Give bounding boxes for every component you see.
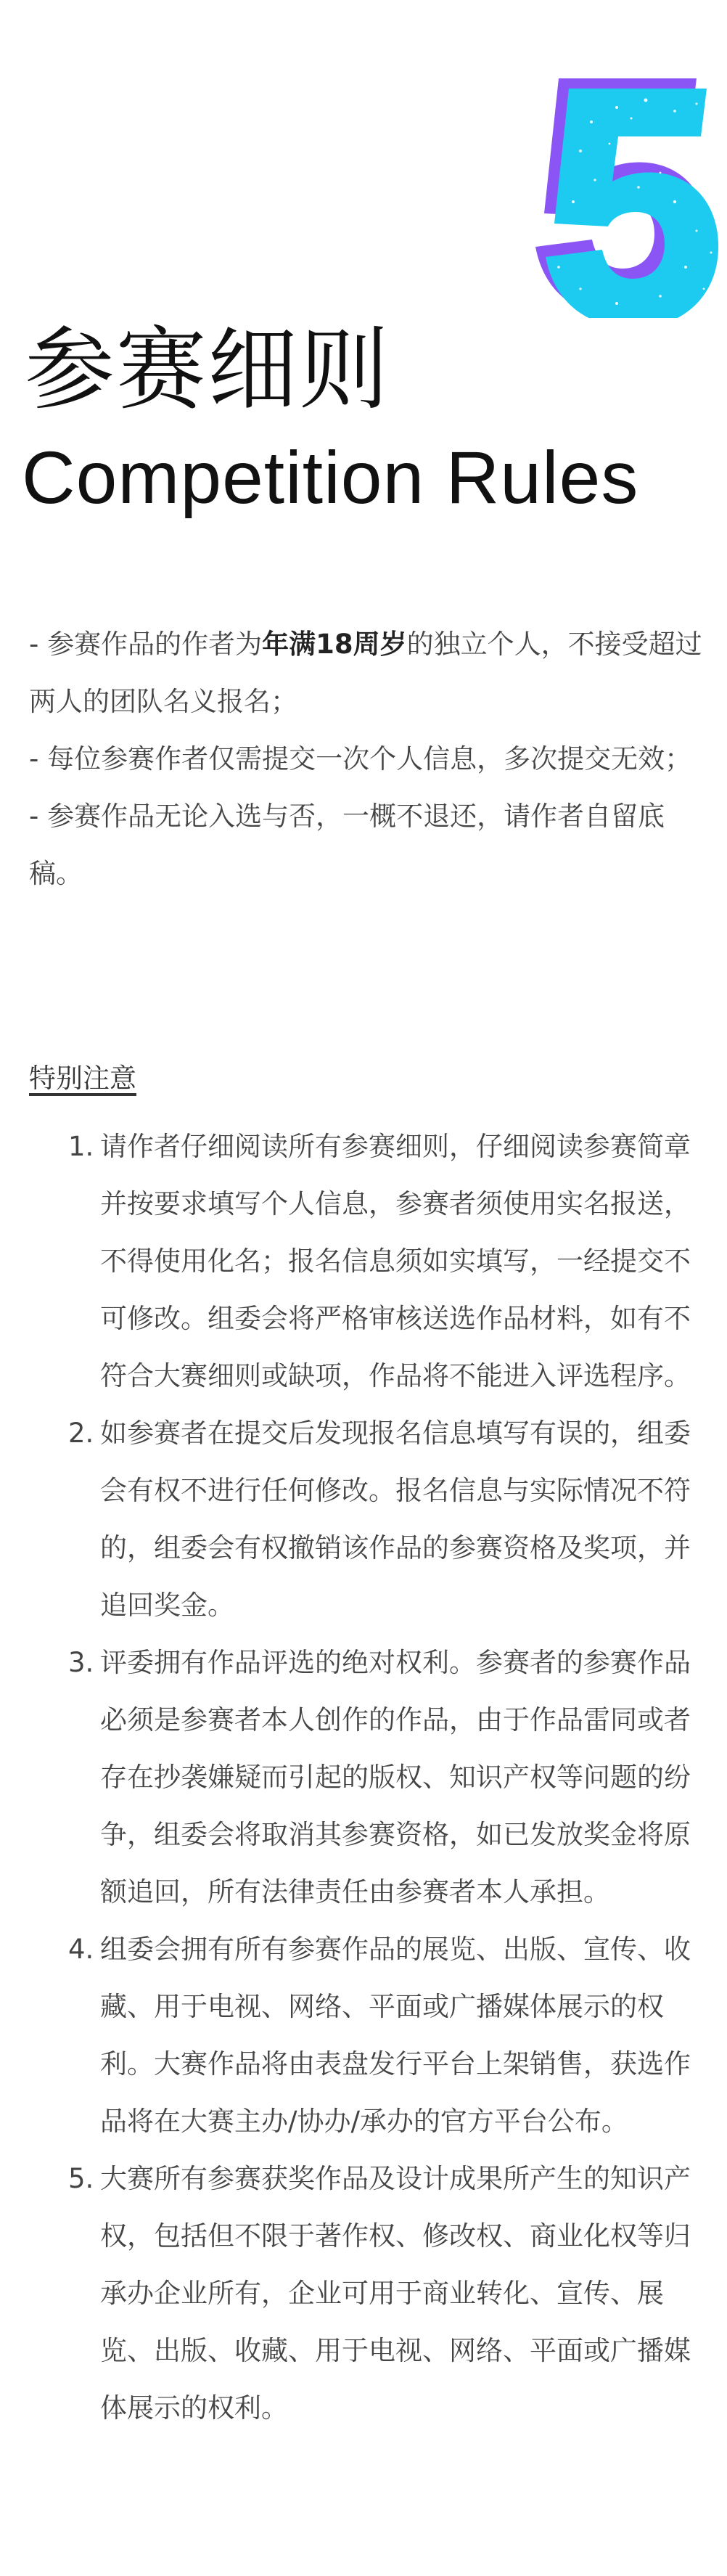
item-text: 组委会拥有所有参赛作品的展览、出版、宣传、收藏、用于电视、网络、平面或广播媒体展…: [100, 1934, 691, 2137]
list-item: 1.请作者仔细阅读所有参赛细则，仔细阅读参赛简章并按要求填写个人信息，参赛者须使…: [0, 1118, 727, 1404]
item-text: 评委拥有作品评选的绝对权利。参赛者的参赛作品必须是参赛者本人创作的作品，由于作品…: [100, 1647, 691, 1908]
item-number: 1.: [68, 1118, 94, 1175]
dash-bullet: -: [29, 629, 47, 660]
number-five-graphic: [530, 78, 727, 318]
page-title-english: Competition Rules: [22, 434, 638, 521]
special-notice-list: 1.请作者仔细阅读所有参赛细则，仔细阅读参赛简章并按要求填写个人信息，参赛者须使…: [0, 1118, 727, 2437]
item-text: 请作者仔细阅读所有参赛细则，仔细阅读参赛简章并按要求填写个人信息，参赛者须使用实…: [100, 1131, 691, 1391]
emphasis-text: 年满18周岁: [262, 629, 407, 660]
intro-text: 每位参赛作者仅需提交一次个人信息，多次提交无效；: [47, 743, 691, 774]
list-item: 2.如参赛者在提交后发现报名信息填写有误的，组委会有权不进行任何修改。报名信息与…: [0, 1404, 727, 1634]
item-text: 大赛所有参赛获奖作品及设计成果所产生的知识产权，包括但不限于著作权、修改权、商业…: [100, 2163, 691, 2424]
list-item: 5.大赛所有参赛获奖作品及设计成果所产生的知识产权，包括但不限于著作权、修改权、…: [0, 2150, 727, 2437]
item-number: 4.: [68, 1921, 94, 1978]
dash-bullet: -: [29, 743, 47, 774]
item-number: 5.: [68, 2150, 94, 2207]
intro-text: 参赛作品的作者为: [47, 629, 262, 660]
intro-item: - 每位参赛作者仅需提交一次个人信息，多次提交无效；: [29, 730, 711, 788]
special-notice-heading: 特别注意: [29, 1058, 136, 1099]
item-number: 3.: [68, 1634, 94, 1691]
list-item: 4.组委会拥有所有参赛作品的展览、出版、宣传、收藏、用于电视、网络、平面或广播媒…: [0, 1921, 727, 2150]
dash-bullet: -: [29, 801, 47, 832]
list-item: 3.评委拥有作品评选的绝对权利。参赛者的参赛作品必须是参赛者本人创作的作品，由于…: [0, 1634, 727, 1921]
intro-rules: - 参赛作品的作者为年满18周岁的独立个人，不接受超过两人的团队名义报名； - …: [29, 616, 711, 902]
intro-item: - 参赛作品的作者为年满18周岁的独立个人，不接受超过两人的团队名义报名；: [29, 616, 711, 730]
intro-item: - 参赛作品无论入选与否，一概不退还，请作者自留底稿。: [29, 788, 711, 902]
intro-text: 参赛作品无论入选与否，一概不退还，请作者自留底稿。: [29, 801, 665, 889]
page-title-chinese: 参赛细则: [25, 319, 390, 421]
item-text: 如参赛者在提交后发现报名信息填写有误的，组委会有权不进行任何修改。报名信息与实际…: [100, 1418, 691, 1621]
item-number: 2.: [68, 1404, 94, 1462]
